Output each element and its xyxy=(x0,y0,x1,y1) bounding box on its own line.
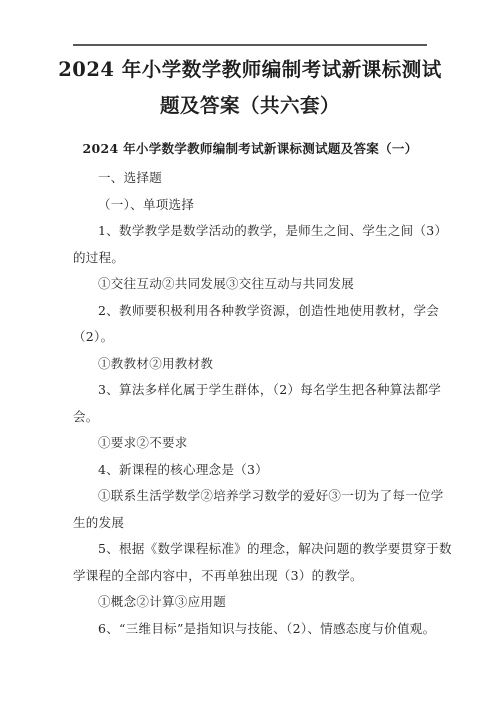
document-line: 6、“三维目标”是指知识与技能、（2）、情感态度与价值观。 xyxy=(73,616,443,643)
document-line: （2）。 xyxy=(73,324,443,351)
document-body: 一、选择题 （一）、单项选择 1、数学教学是数学活动的教学，是师生之间、学生之间… xyxy=(73,165,443,642)
header-rule xyxy=(73,44,427,46)
document-line: 的过程。 xyxy=(73,245,443,272)
document-line: （一）、单项选择 xyxy=(73,192,443,219)
document-line: ①联系生活学数学②培养学习数学的爱好③一切为了每一位学 xyxy=(73,483,443,510)
document-line: ①概念②计算③应用题 xyxy=(73,589,443,616)
document-line: 会。 xyxy=(73,404,443,431)
document-line: 一、选择题 xyxy=(73,165,443,192)
document-line: 1、数学教学是数学活动的教学，是师生之间、学生之间（3） xyxy=(73,218,443,245)
document-line: 4、新课程的核心理念是（3） xyxy=(73,457,443,484)
document-line: ①交往互动②共同发展③交往互动与共同发展 xyxy=(73,271,443,298)
document-line: 2、教师要积极利用各种教学资源，创造性地使用教材，学会 xyxy=(73,298,443,325)
document-line: ①要求②不要求 xyxy=(73,430,443,457)
document-line: ①教教材②用教材教 xyxy=(73,351,443,378)
document-page: 2024 年小学数学教师编制考试新课标测试 题及答案（共六套） 2024 年小学… xyxy=(0,0,500,708)
document-line: 3、算法多样化属于学生群体，（2）每名学生把各种算法都学 xyxy=(73,377,443,404)
document-title-line-1: 2024 年小学数学教师编制考试新课标测试 xyxy=(58,52,442,88)
document-line: 生的发展 xyxy=(73,510,443,537)
document-title-line-2: 题及答案（共六套） xyxy=(58,88,442,124)
section-heading: 2024 年小学数学教师编制考试新课标测试题及答案（一） xyxy=(73,140,427,158)
document-line: 学课程的全部内容中，不再单独出现（3）的教学。 xyxy=(73,563,443,590)
document-title: 2024 年小学数学教师编制考试新课标测试 题及答案（共六套） xyxy=(58,52,442,124)
document-line: 5、根据《数学课程标准》的理念，解决问题的教学要贯穿于数 xyxy=(73,536,443,563)
